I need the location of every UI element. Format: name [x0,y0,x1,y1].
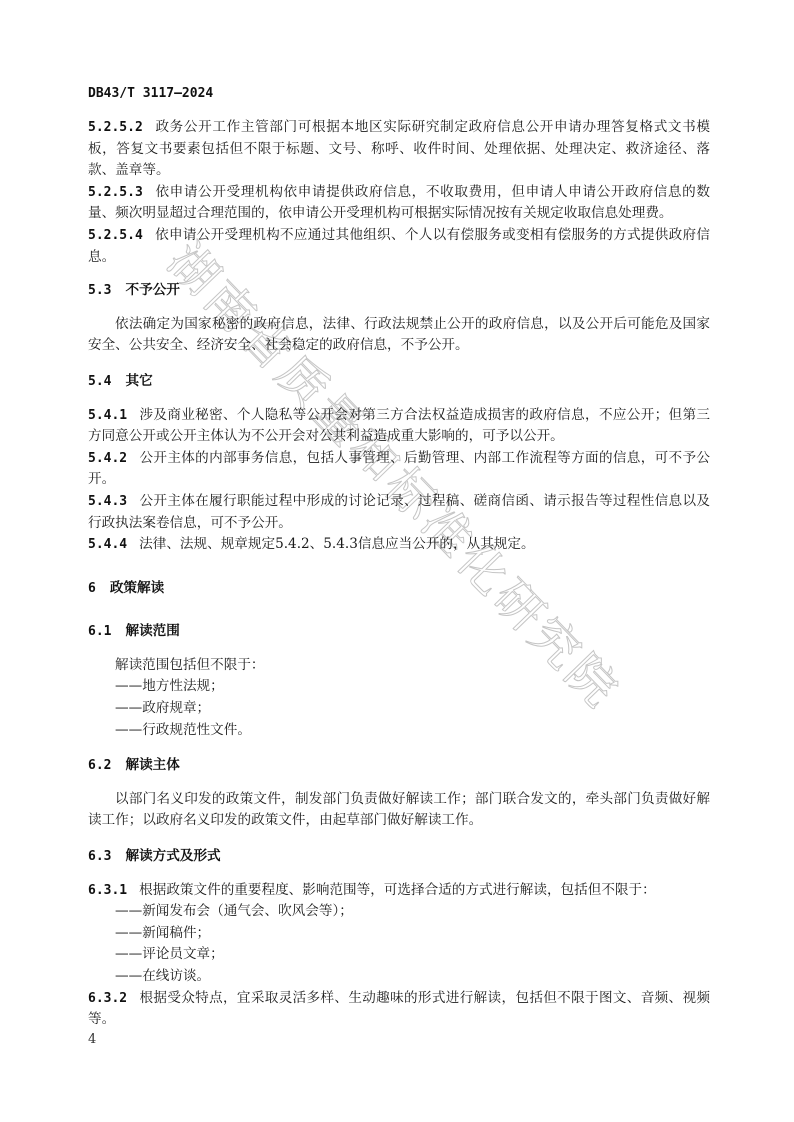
chapter-number: 6 [88,581,96,596]
clause-text: 根据政策文件的重要程度、影响范围等，可选择合适的方式进行解读，包括但不限于： [139,882,656,898]
clause-6-3-1: 6.3.1根据政策文件的重要程度、影响范围等，可选择合适的方式进行解读，包括但不… [88,880,710,902]
clause-number: 5.2.5.2 [88,120,143,135]
clause-number: 6.3.1 [88,883,127,898]
clause-5-2-5-2: 5.2.5.2政务公开工作主管部门可根据本地区实际研究制定政府信息公开申请办理答… [88,117,710,182]
clause-5-2-5-3: 5.2.5.3依申请公开受理机构依申请提供政府信息，不收取费用，但申请人申请公开… [88,182,710,225]
clause-5-4-1: 5.4.1涉及商业秘密、个人隐私等公开会对第三方合法权益造成损害的政府信息，不应… [88,405,710,448]
clause-5-4-4: 5.4.4法律、法规、规章规定5.4.2、5.4.3信息应当公开的，从其规定。 [88,534,710,556]
clause-number: 5.2.5.4 [88,228,143,243]
section-heading-6-1: 6.1解读范围 [88,621,710,643]
section-number: 6.1 [88,624,111,639]
list-item: ——行政规范性文件。 [88,720,710,742]
clause-5-4-3: 5.4.3公开主体在履行职能过程中形成的讨论记录、过程稿、磋商信函、请示报告等过… [88,491,710,534]
document-code-header: DB43/T 3117—2024 [88,86,213,101]
clause-number: 5.4.2 [88,451,127,466]
section-heading-5-3: 5.3不予公开 [88,280,710,302]
clause-text: 公开主体在履行职能过程中形成的讨论记录、过程稿、磋商信函、请示报告等过程性信息以… [88,493,710,531]
clause-number: 5.4.4 [88,537,127,552]
clause-number: 5.4.3 [88,494,127,509]
section-title: 不予公开 [125,282,179,298]
page-number: 4 [88,1032,96,1047]
clause-5-4-2: 5.4.2公开主体的内部事务信息，包括人事管理、后勤管理、内部工作流程等方面的信… [88,448,710,491]
clause-number: 6.3.2 [88,991,127,1006]
section-number: 6.3 [88,849,111,864]
paragraph-5-3: 依法确定为国家秘密的政府信息，法律、行政法规禁止公开的政府信息，以及公开后可能危… [88,314,710,357]
section-title: 解读方式及形式 [125,848,220,864]
section-heading-6-3: 6.3解读方式及形式 [88,846,710,868]
paragraph-6-1-intro: 解读范围包括但不限于： [88,655,710,677]
clause-text: 依申请公开受理机构不应通过其他组织、个人以有偿服务或变相有偿服务的方式提供政府信… [88,227,710,265]
clause-text: 法律、法规、规章规定5.4.2、5.4.3信息应当公开的，从其规定。 [139,536,534,552]
section-title: 解读范围 [125,623,179,639]
clause-number: 5.2.5.3 [88,185,143,200]
list-item: ——政府规章； [88,698,710,720]
clause-6-3-2: 6.3.2根据受众特点，宜采取灵活多样、生动趣味的形式进行解读，包括但不限于图文… [88,988,710,1031]
list-item: ——在线访谈。 [88,966,710,988]
section-title: 其它 [125,373,152,389]
paragraph-6-2: 以部门名义印发的政策文件，制发部门负责做好解读工作；部门联合发文的，牵头部门负责… [88,789,710,832]
clause-text: 涉及商业秘密、个人隐私等公开会对第三方合法权益造成损害的政府信息，不应公开；但第… [88,407,710,445]
clause-text: 根据受众特点，宜采取灵活多样、生动趣味的形式进行解读，包括但不限于图文、音频、视… [88,990,710,1028]
list-item: ——新闻发布会（通气会、吹风会等）； [88,901,710,923]
section-heading-6-2: 6.2解读主体 [88,755,710,777]
section-number: 5.4 [88,374,111,389]
clause-number: 5.4.1 [88,408,127,423]
chapter-heading-6: 6政策解读 [88,578,710,600]
section-number: 6.2 [88,758,111,773]
document-body: 5.2.5.2政务公开工作主管部门可根据本地区实际研究制定政府信息公开申请办理答… [88,117,710,1031]
clause-text: 公开主体的内部事务信息，包括人事管理、后勤管理、内部工作流程等方面的信息，可不予… [88,450,710,488]
section-title: 解读主体 [125,757,179,773]
list-item: ——评论员文章； [88,944,710,966]
section-number: 5.3 [88,283,111,298]
section-heading-5-4: 5.4其它 [88,371,710,393]
chapter-title: 政策解读 [110,580,164,596]
clause-5-2-5-4: 5.2.5.4依申请公开受理机构不应通过其他组织、个人以有偿服务或变相有偿服务的… [88,225,710,268]
document-page: 湖南省质量和标准化研究院 DB43/T 3117—2024 5.2.5.2政务公… [0,0,794,1122]
list-item: ——地方性法规； [88,676,710,698]
list-item: ——新闻稿件； [88,923,710,945]
clause-text: 依申请公开受理机构依申请提供政府信息，不收取费用，但申请人申请公开政府信息的数量… [88,184,710,222]
clause-text: 政务公开工作主管部门可根据本地区实际研究制定政府信息公开申请办理答复格式文书模板… [88,119,710,178]
